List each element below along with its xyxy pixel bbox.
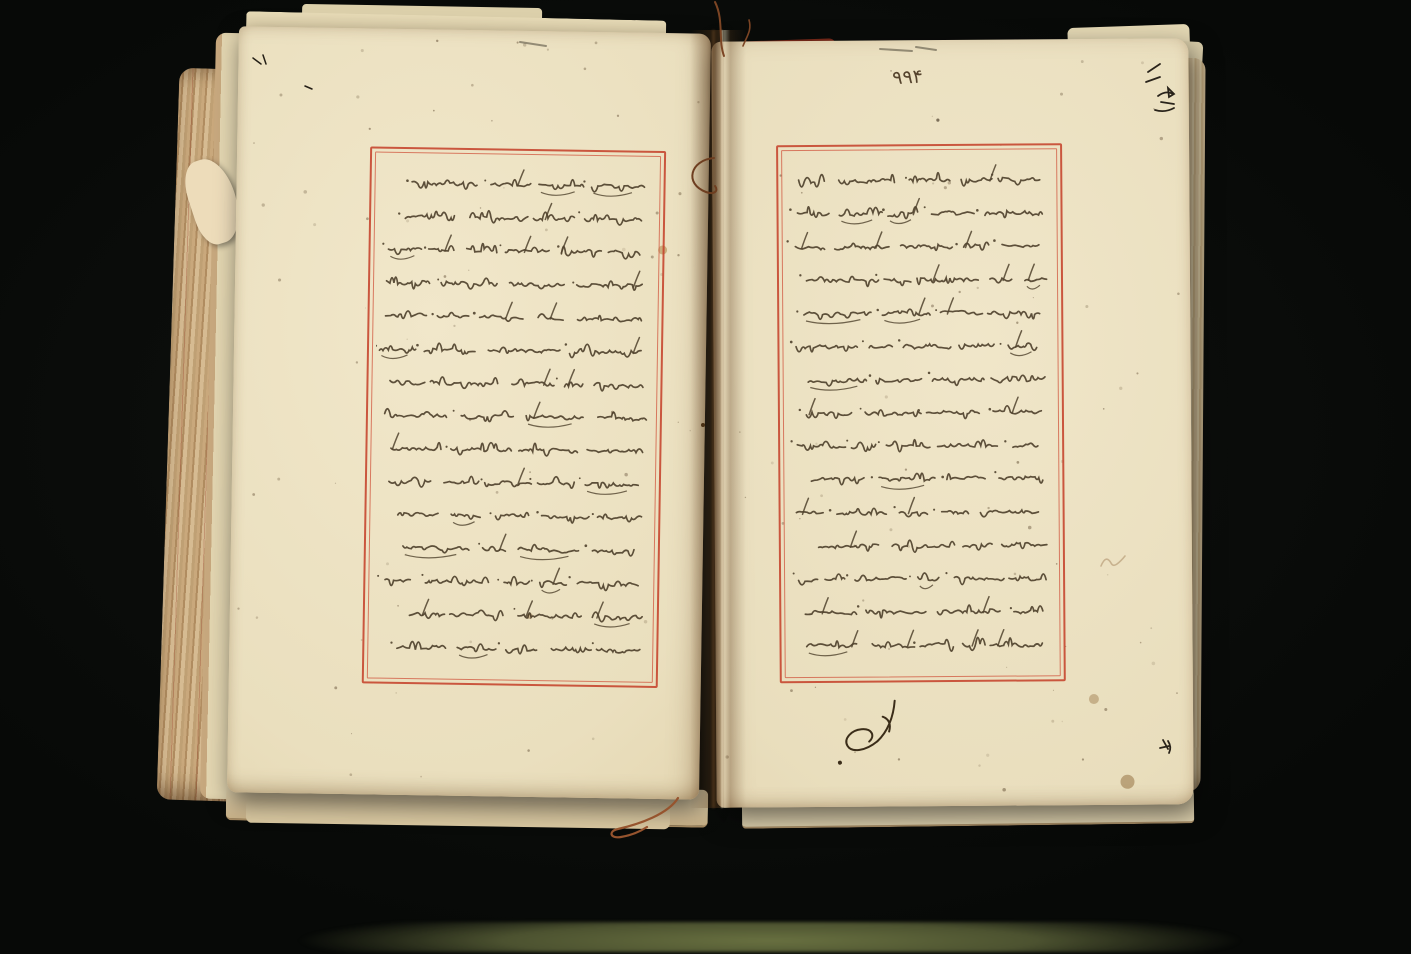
right-page-text [785,152,1055,672]
gutter-fold [690,30,746,808]
right-page: ۹۹۴ [711,38,1193,807]
left-text-frame [362,146,666,688]
folio-number: ۹۹۴ [859,63,956,91]
left-page [227,26,711,799]
manuscript-photo: ۹۹۴ [0,0,1411,954]
right-text-frame [776,143,1066,683]
left-page-text [371,156,655,677]
catchword [807,677,935,785]
bottom-light-leak [190,922,1350,952]
